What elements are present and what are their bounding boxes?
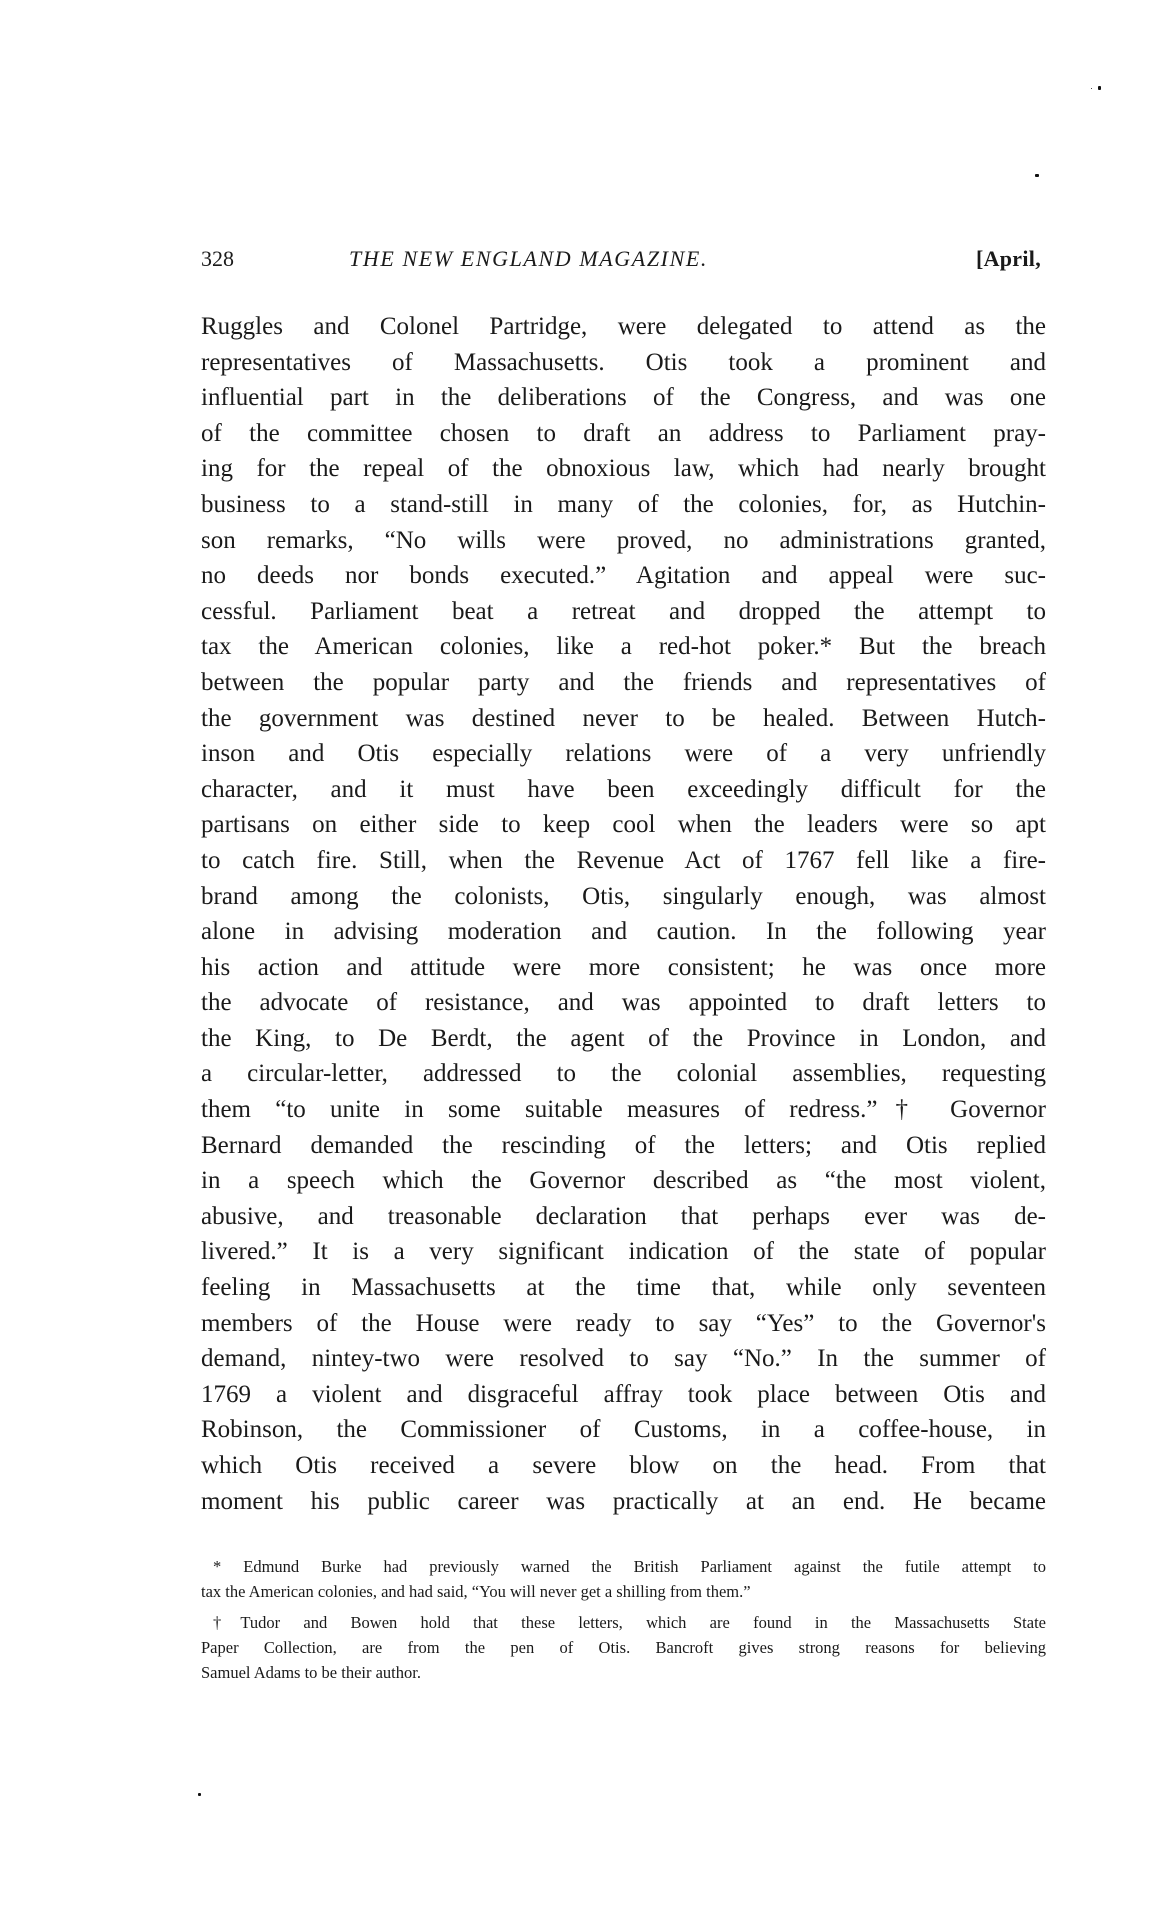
footnotes: * Edmund Burke had previously warned the…	[201, 1554, 1046, 1691]
body-line: influential part in the deliberations of…	[201, 380, 1046, 416]
body-line: a circular-letter, addressed to the colo…	[201, 1056, 1046, 1092]
footnote-burke: * Edmund Burke had previously warned the…	[201, 1554, 1046, 1604]
body-line: alone in advising moderation and caution…	[201, 914, 1046, 950]
body-line: his action and attitude were more consis…	[201, 950, 1046, 986]
body-line: ing for the repeal of the obnoxious law,…	[201, 451, 1046, 487]
body-line: them “to unite in some suitable measures…	[201, 1092, 1046, 1128]
body-line: inson and Otis especially relations were…	[201, 736, 1046, 772]
page-number: 328	[201, 244, 234, 274]
body-line: business to a stand-still in many of the…	[201, 487, 1046, 523]
body-line: tax the American colonies, like a red-ho…	[201, 629, 1046, 665]
footnote-tudor-bowen: †Tudor and Bowen hold that these letters…	[201, 1610, 1046, 1685]
footnote-line: Paper Collection, are from the pen of Ot…	[201, 1635, 1046, 1660]
body-line: brand among the colonists, Otis, singula…	[201, 879, 1046, 915]
magazine-page: 328 THE NEW ENGLAND MAGAZINE. [April, Ru…	[0, 0, 1176, 1912]
body-line: moment his public career was practically…	[201, 1484, 1046, 1520]
body-line: cessful. Parliament beat a retreat and d…	[201, 594, 1046, 630]
body-line: 1769 a violent and disgraceful affray to…	[201, 1377, 1046, 1413]
issue-month: [April,	[976, 244, 1041, 274]
footnote-line: tax the American colonies, and had said,…	[201, 1579, 1046, 1604]
body-line: Ruggles and Colonel Partridge, were dele…	[201, 309, 1046, 345]
footnote-line: †Tudor and Bowen hold that these letters…	[201, 1610, 1046, 1635]
body-line: livered.” It is a very significant indic…	[201, 1234, 1046, 1270]
body-text: Ruggles and Colonel Partridge, were dele…	[201, 309, 1046, 1519]
body-line: in a speech which the Governor described…	[201, 1163, 1046, 1199]
scan-speck	[1091, 88, 1092, 89]
running-head: 328 THE NEW ENGLAND MAGAZINE. [April,	[201, 244, 1041, 274]
body-line: demand, nintey-two were resolved to say …	[201, 1341, 1046, 1377]
body-line: the government was destined never to be …	[201, 701, 1046, 737]
body-line: members of the House were ready to say “…	[201, 1306, 1046, 1342]
body-line: between the popular party and the friend…	[201, 665, 1046, 701]
footnote-line: Samuel Adams to be their author.	[201, 1660, 1046, 1685]
footnote-line: * Edmund Burke had previously warned the…	[201, 1554, 1046, 1579]
body-line: feeling in Massachusetts at the time tha…	[201, 1270, 1046, 1306]
scan-speck	[1035, 174, 1039, 177]
body-line: the King, to De Berdt, the agent of the …	[201, 1021, 1046, 1057]
body-line: to catch fire. Still, when the Revenue A…	[201, 843, 1046, 879]
body-line: abusive, and treasonable declaration tha…	[201, 1199, 1046, 1235]
body-line: which Otis received a severe blow on the…	[201, 1448, 1046, 1484]
body-line: Bernard demanded the rescinding of the l…	[201, 1128, 1046, 1164]
scan-speck	[198, 1793, 201, 1796]
body-line: son remarks, “No wills were proved, no a…	[201, 523, 1046, 559]
scan-speck	[1098, 86, 1101, 90]
body-line: representatives of Massachusetts. Otis t…	[201, 345, 1046, 381]
body-line: of the committee chosen to draft an addr…	[201, 416, 1046, 452]
body-line: the advocate of resistance, and was appo…	[201, 985, 1046, 1021]
body-line: partisans on either side to keep cool wh…	[201, 807, 1046, 843]
body-line: Robinson, the Commissioner of Customs, i…	[201, 1412, 1046, 1448]
magazine-title: THE NEW ENGLAND MAGAZINE.	[349, 244, 708, 274]
body-line: character, and it must have been exceedi…	[201, 772, 1046, 808]
body-line: no deeds nor bonds executed.” Agitation …	[201, 558, 1046, 594]
